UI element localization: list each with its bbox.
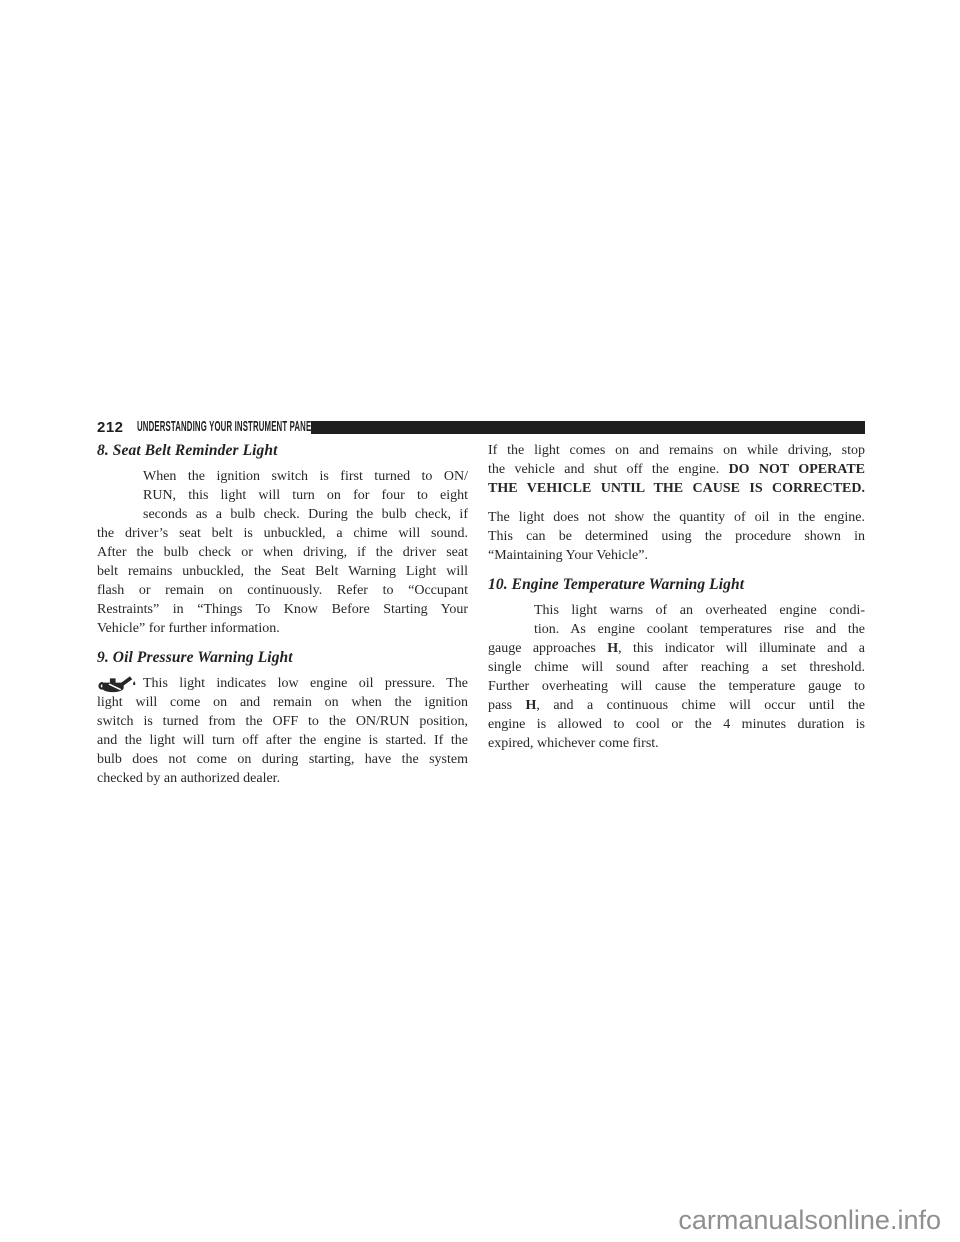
text: the vehicle and shut off the engine. (488, 462, 729, 477)
text-line: seconds as a bulb check. During the bulb… (97, 505, 468, 524)
header-title: UNDERSTANDING YOUR INSTRUMENT PANEL (137, 418, 316, 435)
bold-text: THE VEHICLE UNTIL THE CAUSE IS CORRECTED… (488, 481, 865, 496)
text: RUN, this light will turn on for four to… (143, 488, 468, 503)
text-line: This can be determined using the procedu… (488, 527, 865, 546)
text-line: This light indicates low engine oil pres… (97, 674, 468, 693)
text-line: flash or remain on continuously. Refer t… (97, 581, 468, 600)
text: , this indicator will illuminate and a (618, 641, 865, 656)
text-line: expired, whichever come first. (488, 734, 865, 753)
text: expired, whichever come first. (488, 736, 659, 751)
column-right: If the light comes on and remains on whi… (488, 441, 865, 753)
text-line: the driver’s seat belt is unbuckled, a c… (97, 524, 468, 543)
text-line: engine is allowed to cool or the 4 minut… (488, 715, 865, 734)
text-line: When the ignition switch is first turned… (97, 467, 468, 486)
text-line: “Maintaining Your Vehicle”. (488, 546, 865, 565)
text-line: and the light will turn off after the en… (97, 731, 468, 750)
text: the driver’s seat belt is unbuckled, a c… (97, 526, 468, 541)
text-line: After the bulb check or when driving, if… (97, 543, 468, 562)
text: pass (488, 698, 526, 713)
paragraph-engine-temp: This light warns of an overheated engine… (488, 601, 865, 753)
text: “Maintaining Your Vehicle”. (488, 548, 648, 563)
section-heading-oil-pressure: 9. Oil Pressure Warning Light (97, 648, 468, 667)
text: single chime will sound after reaching a… (488, 660, 865, 675)
text-line: switch is turned from the OFF to the ON/… (97, 712, 468, 731)
text-line: Vehicle” for further information. (97, 619, 468, 638)
text: This light indicates low engine oil pres… (143, 676, 468, 691)
text: This can be determined using the procedu… (488, 529, 865, 544)
bold-text: DO NOT OPERATE (729, 462, 865, 477)
section-heading-engine-temp: 10. Engine Temperature Warning Light (488, 575, 865, 594)
text-line: If the light comes on and remains on whi… (488, 441, 865, 460)
text: After the bulb check or when driving, if… (97, 545, 468, 560)
text-line: bulb does not come on during starting, h… (97, 750, 468, 769)
bold-text: H (526, 698, 537, 713)
text-line: RUN, this light will turn on for four to… (97, 486, 468, 505)
text: If the light comes on and remains on whi… (488, 443, 865, 458)
page-number: 212 (97, 419, 124, 436)
text-line: Restraints” in “Things To Know Before St… (97, 600, 468, 619)
text: gauge approaches (488, 641, 607, 656)
text-line: checked by an authorized dealer. (97, 769, 468, 788)
text: checked by an authorized dealer. (97, 771, 280, 786)
bold-text: H (607, 641, 618, 656)
text-line: gauge approaches H, this indicator will … (488, 639, 865, 658)
text: engine is allowed to cool or the 4 minut… (488, 717, 865, 732)
text-line: light will come on and remain on when th… (97, 693, 468, 712)
text-line: the vehicle and shut off the engine. DO … (488, 460, 865, 479)
text: When the ignition switch is first turned… (143, 469, 468, 484)
oil-can-icon (97, 675, 138, 694)
text-line: belt remains unbuckled, the Seat Belt Wa… (97, 562, 468, 581)
text: Vehicle” for further information. (97, 621, 280, 636)
text-line: The light does not show the quantity of … (488, 508, 865, 527)
text-line: pass H, and a continuous chime will occu… (488, 696, 865, 715)
text: bulb does not come on during starting, h… (97, 752, 468, 767)
text: The light does not show the quantity of … (488, 510, 865, 525)
text: Further overheating will cause the tempe… (488, 679, 865, 694)
text: belt remains unbuckled, the Seat Belt Wa… (97, 564, 468, 579)
text: and the light will turn off after the en… (97, 733, 468, 748)
paragraph-oil-pressure-continued-2: The light does not show the quantity of … (488, 508, 865, 565)
column-left: 8. Seat Belt Reminder Light When the ign… (97, 441, 468, 788)
text: tion. As engine coolant temperatures ris… (534, 622, 865, 637)
text: light will come on and remain on when th… (97, 695, 468, 710)
section-heading-seat-belt: 8. Seat Belt Reminder Light (97, 441, 468, 460)
text: , and a continuous chime will occur unti… (536, 698, 865, 713)
text-line: single chime will sound after reaching a… (488, 658, 865, 677)
text: switch is turned from the OFF to the ON/… (97, 714, 468, 729)
text-line: This light warns of an overheated engine… (488, 601, 865, 620)
header-rule-bar (311, 421, 865, 434)
manual-page: 212 UNDERSTANDING YOUR INSTRUMENT PANEL … (0, 0, 960, 1242)
text: Restraints” in “Things To Know Before St… (97, 602, 468, 617)
paragraph-oil-pressure-continued-1: If the light comes on and remains on whi… (488, 441, 865, 498)
paragraph-oil-pressure: This light indicates low engine oil pres… (97, 674, 468, 788)
paragraph-oil-pressure-lines: This light indicates low engine oil pres… (97, 674, 468, 788)
paragraph-seat-belt: When the ignition switch is first turned… (97, 467, 468, 638)
text: flash or remain on continuously. Refer t… (97, 583, 468, 598)
page-header: 212 UNDERSTANDING YOUR INSTRUMENT PANEL (97, 419, 865, 435)
text: This light warns of an overheated engine… (534, 603, 865, 618)
text: seconds as a bulb check. During the bulb… (143, 507, 468, 522)
text-line: tion. As engine coolant temperatures ris… (488, 620, 865, 639)
watermark: carmanualsonline.info (678, 1204, 941, 1236)
text-line: THE VEHICLE UNTIL THE CAUSE IS CORRECTED… (488, 479, 865, 498)
text-line: Further overheating will cause the tempe… (488, 677, 865, 696)
header-title-wrap: UNDERSTANDING YOUR INSTRUMENT PANEL (137, 418, 307, 436)
